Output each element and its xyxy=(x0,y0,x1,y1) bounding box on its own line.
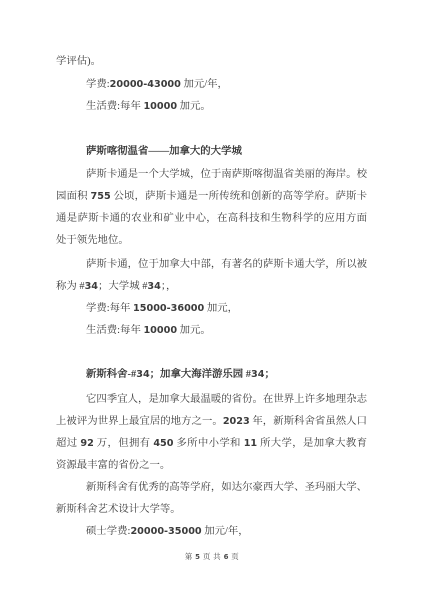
paragraph-saskatoon-city: 萨斯卡通，位于加拿大中部，有著名的萨斯卡通大学，所以被称为 #34；大学城 #3… xyxy=(56,254,367,298)
paragraph-nova-scotia-intro: 它四季宜人，是加拿大最温暖的省份。在世界上许多地理杂志上被评为世界上最宜居的地方… xyxy=(56,389,367,477)
continuation-line: 学评估)。 xyxy=(56,51,367,73)
paragraph-saskatoon-intro: 萨斯卡通是一个大学城，位于南萨斯喀彻温省美丽的海岸。校园面积 755 公顷，萨斯… xyxy=(56,164,367,252)
living-cost-line-2: 生活费:每年 10000 加元。 xyxy=(56,320,367,342)
tuition-line-1: 学费:20000-43000 加元/年， xyxy=(56,74,367,96)
document-page: 学评估)。 学费:20000-43000 加元/年， 生活费:每年 10000 … xyxy=(0,0,424,600)
paragraph-nova-scotia-universities: 新斯科舍有优秀的高等学府，如达尔豪西大学、圣玛丽大学、新斯科舍艺术设计大学等。 xyxy=(56,477,367,521)
document-body: 学评估)。 学费:20000-43000 加元/年， 生活费:每年 10000 … xyxy=(0,0,424,543)
masters-tuition-line: 硕士学费:20000-35000 加元/年， xyxy=(56,521,367,543)
living-cost-line-1: 生活费:每年 10000 加元。 xyxy=(56,96,367,118)
page-footer: 第 5 页 共 6 页 xyxy=(0,551,424,563)
section-heading-nova-scotia: 新斯科舍-#34；加拿大海洋游乐园 #34； xyxy=(56,364,367,386)
tuition-line-2: 学费:每年 15000-36000 加元， xyxy=(56,298,367,320)
section-heading-saskatchewan: 萨斯喀彻温省——加拿大的大学城 xyxy=(56,141,367,163)
